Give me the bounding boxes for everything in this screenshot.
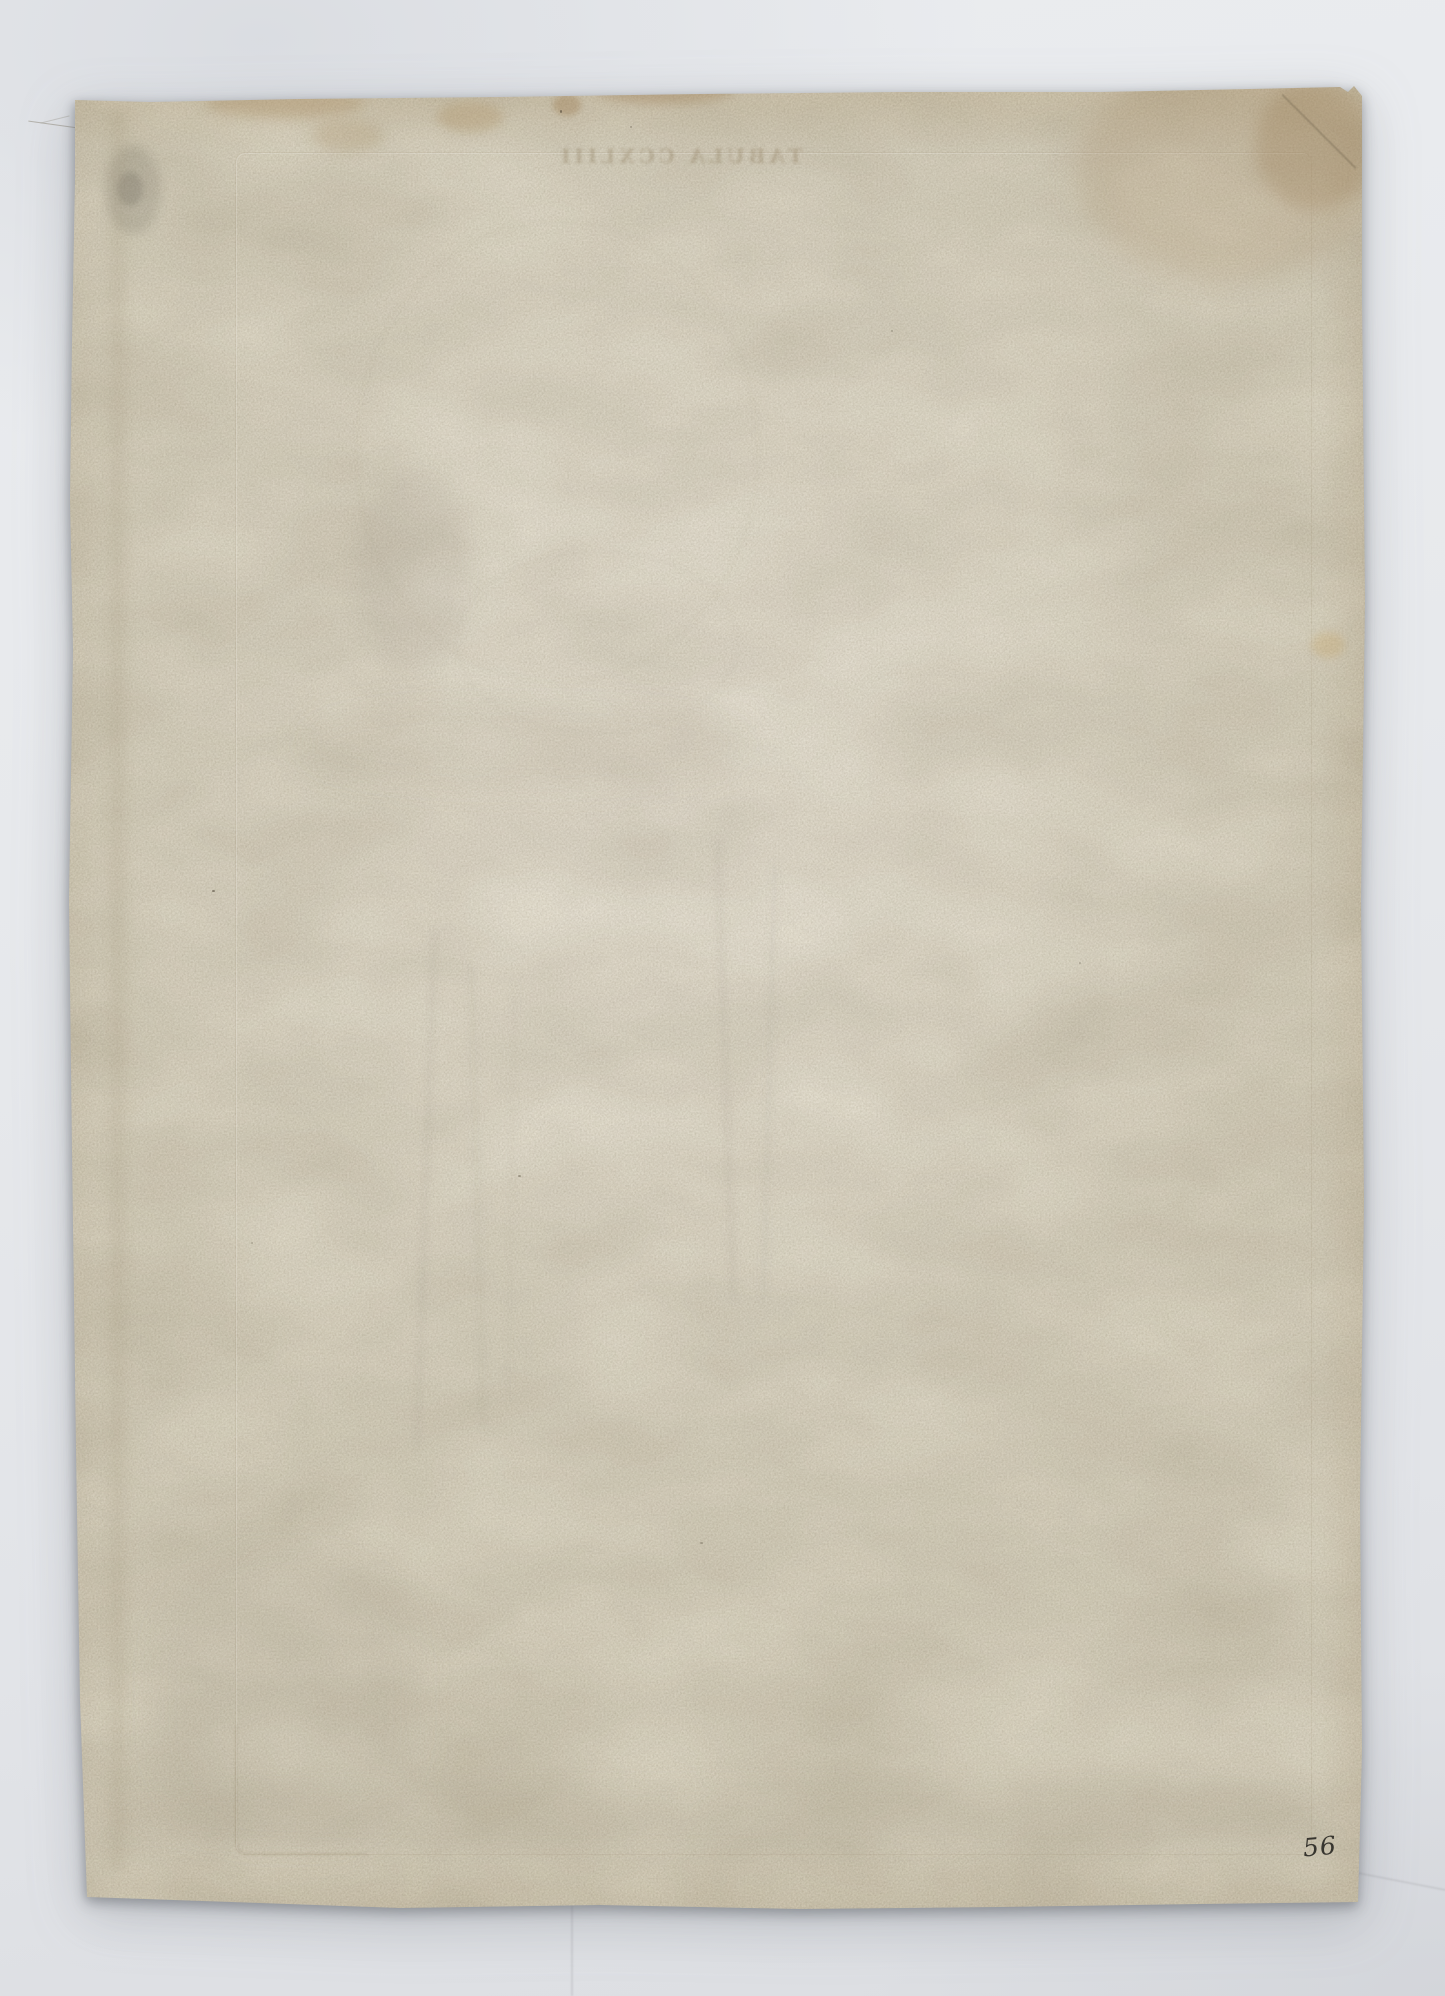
- stain: [1311, 632, 1345, 658]
- ink-speck: [630, 126, 632, 128]
- ink-speck: [212, 890, 215, 892]
- smudge: [105, 146, 161, 234]
- ink-speck: [560, 110, 562, 113]
- stain: [437, 102, 503, 132]
- smudge: [117, 172, 143, 206]
- plate-mark-corner: [235, 1725, 367, 1855]
- ink-speck: [251, 1242, 253, 1244]
- stain: [313, 120, 383, 152]
- handwritten-page-number: 56: [1302, 1831, 1338, 1863]
- ink-speck: [700, 1542, 703, 1544]
- ink-speck: [891, 330, 893, 332]
- ghost-show-through-shape: [455, 550, 739, 734]
- toned-band: [100, 110, 134, 1870]
- ink-speck: [518, 1175, 521, 1177]
- ghost-show-through-text: TABULA CCXLIII: [510, 144, 850, 168]
- backdrop-seam: [571, 1906, 573, 1996]
- ink-speck: [1079, 962, 1081, 964]
- photograph-scene: TABULA CCXLIII: [0, 0, 1445, 1996]
- paper-sheet-wrap: TABULA CCXLIII: [55, 80, 1370, 1915]
- paper-sheet: TABULA CCXLIII: [55, 80, 1370, 1915]
- stain: [205, 88, 365, 118]
- stain: [553, 94, 581, 116]
